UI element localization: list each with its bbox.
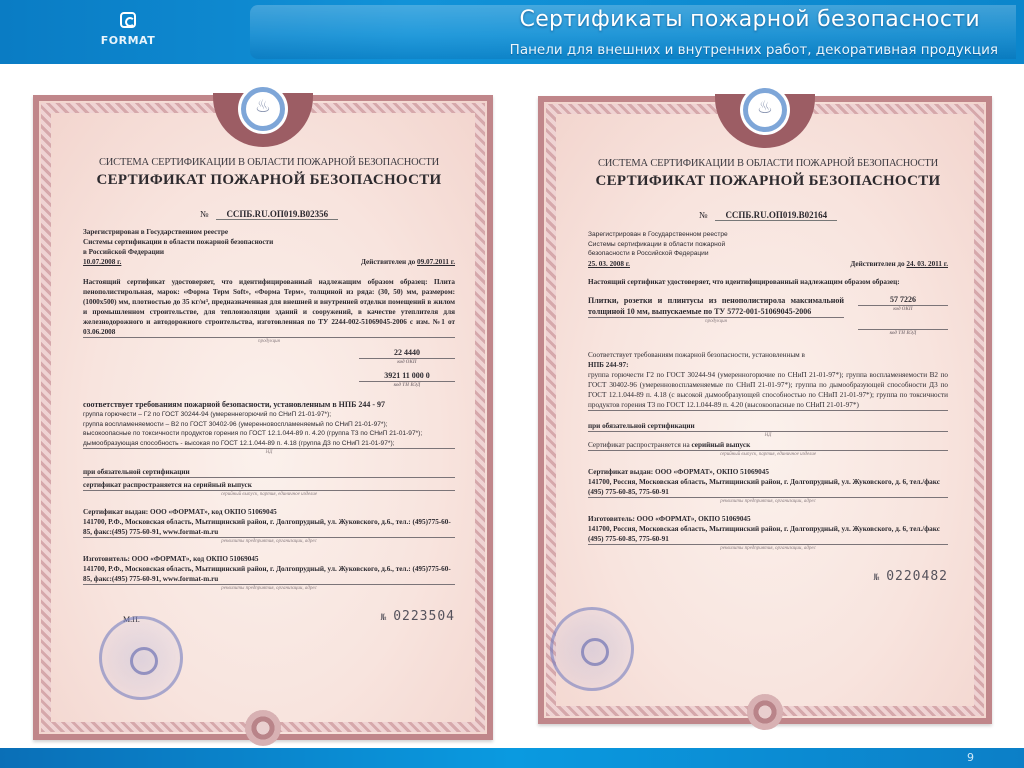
manufacturer-heading: Изготовитель: ООО «ФОРМАТ», код ОКПО 510… <box>83 554 455 564</box>
serial-number: №0223504 <box>381 609 455 624</box>
system-line: СИСТЕМА СЕРТИФИКАЦИИ В ОБЛАСТИ ПОЖАРНОЙ … <box>588 158 948 169</box>
official-stamp-icon <box>99 616 183 700</box>
logo-text: FORMAT <box>88 34 168 47</box>
conformity-heading: соответствует требованиям пожарной безоп… <box>83 400 455 410</box>
mandatory-certification: при обязательной сертификации <box>588 421 948 432</box>
valid-until: Действителен до 24. 03. 2011 г. <box>850 259 948 269</box>
certificate-right: СИСТЕМА СЕРТИФИКАЦИИ В ОБЛАСТИ ПОЖАРНОЙ … <box>538 96 992 724</box>
registered-date: 10.07.2008 г. <box>83 257 121 267</box>
format-logo: FORMAT <box>88 12 168 47</box>
certificate-left: СИСТЕМА СЕРТИФИКАЦИИ В ОБЛАСТИ ПОЖАРНОЙ … <box>33 95 493 740</box>
format-logo-icon <box>120 12 136 28</box>
registered-date: 25. 03. 2008 г. <box>588 259 630 269</box>
issued-by-address: 141700, Р.Ф., Московская область, Мытищи… <box>83 517 455 538</box>
rosette-ornament-icon <box>747 694 783 730</box>
issued-by-heading: Сертификат выдан: ООО «ФОРМАТ», ОКПО 510… <box>588 467 948 477</box>
manufacturer-heading: Изготовитель: ООО «ФОРМАТ», ОКПО 5106904… <box>588 514 948 524</box>
rosette-ornament-icon <box>245 710 281 746</box>
certificate-title: СЕРТИФИКАТ ПОЖАРНОЙ БЕЗОПАСНОСТИ <box>588 173 948 190</box>
okp-code: 22 4440 код ОКП <box>359 348 455 367</box>
valid-until: Действителен до 09.07.2011 г. <box>361 257 455 267</box>
serial-number: №0220482 <box>874 569 948 584</box>
flame-emblem-icon <box>241 87 285 131</box>
certificate-number: №ССПБ.RU.ОП019.В02356 <box>83 209 455 219</box>
certificate-intro: Настоящий сертификат удостоверяет, что и… <box>588 277 948 287</box>
conformity-norm: НПБ 244-97: <box>588 360 948 370</box>
slide-title: Сертификаты пожарной безопасности <box>520 7 980 32</box>
system-line: СИСТЕМА СЕРТИФИКАЦИИ В ОБЛАСТИ ПОЖАРНОЙ … <box>83 157 455 168</box>
conformity-heading: Соответствует требованиям пожарной безоп… <box>588 350 948 360</box>
issued-by-heading: Сертификат выдан: ООО «ФОРМАТ», код ОКПО… <box>83 507 455 517</box>
product-description: Настоящий сертификат удостоверяет, что и… <box>83 277 455 338</box>
tnved-code: код ТН ВЭД <box>858 320 948 338</box>
conformity-list: группа горючести – Г2 по ГОСТ 30244-94 (… <box>83 410 455 449</box>
certificate-emblem <box>715 94 815 148</box>
slide-header: FORMAT Сертификаты пожарной безопасности… <box>0 0 1024 64</box>
mandatory-certification: при обязательной сертификации <box>83 467 455 478</box>
certificate-number: №ССПБ.RU.ОП019.В02164 <box>588 210 948 220</box>
page-number: 9 <box>967 751 974 764</box>
product-description: Плитки, розетки и плинтусы из пенополист… <box>588 295 844 318</box>
registry-block: Зарегистрирован в Государственном реестр… <box>83 227 455 267</box>
certificate-body: СИСТЕМА СЕРТИФИКАЦИИ В ОБЛАСТИ ПОЖАРНОЙ … <box>83 157 455 624</box>
slide-subtitle: Панели для внешних и внутренних работ, д… <box>510 42 998 58</box>
certificate-scope: Сертификат распространяется на серийный … <box>588 440 948 451</box>
conformity-text: группа горючести Г2 по ГОСТ 30244-94 (ум… <box>588 370 948 411</box>
issued-by-address: 141700, Россия, Московская область, Мыти… <box>588 477 948 498</box>
certificate-emblem <box>213 93 313 147</box>
tnved-code: 3921 11 000 0 код ТН ВЭД <box>359 371 455 390</box>
manufacturer-address: 141700, Р.Ф., Московская область, Мытищи… <box>83 564 455 585</box>
slide-footer: 9 <box>0 748 1024 768</box>
okp-code: 57 7226 код ОКП <box>858 295 948 314</box>
certificate-body: СИСТЕМА СЕРТИФИКАЦИИ В ОБЛАСТИ ПОЖАРНОЙ … <box>588 158 948 584</box>
flame-emblem-icon <box>743 88 787 132</box>
official-stamp-icon <box>550 607 634 691</box>
certificate-title: СЕРТИФИКАТ ПОЖАРНОЙ БЕЗОПАСНОСТИ <box>83 172 455 189</box>
manufacturer-address: 141700, Россия, Московская область, Мыти… <box>588 524 948 545</box>
registry-block: Зарегистрирован в Государственном реестр… <box>588 230 948 259</box>
certificate-scope: сертификат распространяется на серийный … <box>83 480 455 491</box>
